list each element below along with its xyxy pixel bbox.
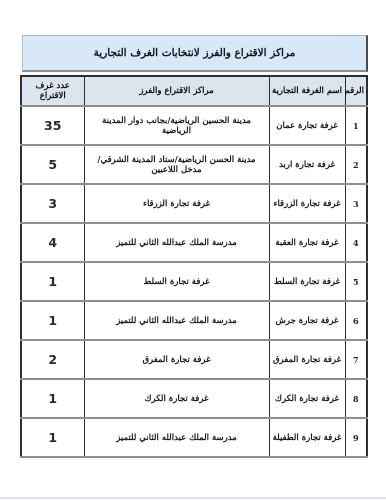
row-number-cell: 5 — [345, 262, 367, 301]
row-number-cell: 4 — [345, 223, 367, 262]
chamber-name-cell: غرفة تجارة السلط — [269, 262, 345, 301]
page-bottom-edge — [0, 497, 386, 499]
table-body: 1 غرفة تجارة عمان مدينة الحسين الرياضية/… — [21, 106, 367, 457]
table-row: 7 غرفة تجارة المفرق غرفة تجارة المفرق 2 — [21, 340, 367, 379]
row-number-cell: 9 — [345, 418, 367, 457]
table-row: 4 غرفة تجارة العقبة مدرسة الملك عبدالله … — [21, 223, 367, 262]
chamber-name-cell: غرفة تجارة الزرقاء — [269, 184, 345, 223]
rooms-count-cell: 4 — [21, 223, 84, 262]
chamber-name-cell: غرفة تجارة الكرك — [269, 379, 345, 418]
row-number-cell: 8 — [345, 379, 367, 418]
chamber-name-cell: غرفة تجارة العقبة — [269, 223, 345, 262]
row-number-cell: 7 — [345, 340, 367, 379]
table-row: 2 غرفة تجارة اربد مدينة الحسن الرياضية/س… — [21, 145, 367, 184]
column-header-polling-center: مراكز الاقتراع والفرز — [84, 76, 269, 106]
row-number-cell: 1 — [345, 106, 367, 145]
polling-centers-section: مراكز الاقتراع والفرز لانتخابات الغرف ال… — [22, 35, 368, 458]
polling-center-cell: غرفة تجارة السلط — [84, 262, 269, 301]
chamber-name-cell: غرفة تجارة الطفيلة — [269, 418, 345, 457]
polling-center-cell: مدرسة الملك عبدالله الثاني للتميز — [84, 418, 269, 457]
rooms-count-cell: 1 — [21, 262, 84, 301]
row-number-cell: 6 — [345, 301, 367, 340]
polling-centers-table: الرقم اسم الغرفة التجارية مراكز الاقتراع… — [20, 75, 368, 458]
rooms-count-cell: 2 — [21, 340, 84, 379]
column-header-rooms-count: عدد غرف الاقتراع — [21, 76, 84, 106]
rooms-count-cell: 35 — [21, 106, 84, 145]
polling-center-cell: مدينة الحسن الرياضية/ستاد المدينة الشرقي… — [84, 145, 269, 184]
chamber-name-cell: غرفة تجارة عمان — [269, 106, 345, 145]
polling-center-cell: مدينة الحسين الرياضية/بجانب دوار المدينة… — [84, 106, 269, 145]
document-page: مراكز الاقتراع والفرز لانتخابات الغرف ال… — [0, 0, 386, 500]
rooms-count-cell: 1 — [21, 301, 84, 340]
polling-center-cell: غرفة تجارة الزرقاء — [84, 184, 269, 223]
chamber-name-cell: غرفة تجارة المفرق — [269, 340, 345, 379]
column-header-chamber-name: اسم الغرفة التجارية — [269, 76, 345, 106]
table-title: مراكز الاقتراع والفرز لانتخابات الغرف ال… — [22, 35, 368, 72]
rooms-count-cell: 3 — [21, 184, 84, 223]
row-number-cell: 3 — [345, 184, 367, 223]
table-row: 9 غرفة تجارة الطفيلة مدرسة الملك عبدالله… — [21, 418, 367, 457]
table-header: الرقم اسم الغرفة التجارية مراكز الاقتراع… — [21, 76, 367, 106]
rooms-count-cell: 1 — [21, 379, 84, 418]
rooms-count-cell: 5 — [21, 145, 84, 184]
table-row: 8 غرفة تجارة الكرك غرفة تجارة الكرك 1 — [21, 379, 367, 418]
chamber-name-cell: غرفة تجارة اربد — [269, 145, 345, 184]
header-row: الرقم اسم الغرفة التجارية مراكز الاقتراع… — [21, 76, 367, 106]
table-row: 3 غرفة تجارة الزرقاء غرفة تجارة الزرقاء … — [21, 184, 367, 223]
rooms-count-cell: 1 — [21, 418, 84, 457]
column-header-number: الرقم — [345, 76, 367, 106]
table-row: 5 غرفة تجارة السلط غرفة تجارة السلط 1 — [21, 262, 367, 301]
polling-center-cell: مدرسة الملك عبدالله الثاني للتميز — [84, 301, 269, 340]
polling-center-cell: غرفة تجارة الكرك — [84, 379, 269, 418]
table-row: 6 غرفة تجارة جرش مدرسة الملك عبدالله الث… — [21, 301, 367, 340]
table-row: 1 غرفة تجارة عمان مدينة الحسين الرياضية/… — [21, 106, 367, 145]
row-number-cell: 2 — [345, 145, 367, 184]
chamber-name-cell: غرفة تجارة جرش — [269, 301, 345, 340]
polling-center-cell: غرفة تجارة المفرق — [84, 340, 269, 379]
polling-center-cell: مدرسة الملك عبدالله الثاني للتميز — [84, 223, 269, 262]
